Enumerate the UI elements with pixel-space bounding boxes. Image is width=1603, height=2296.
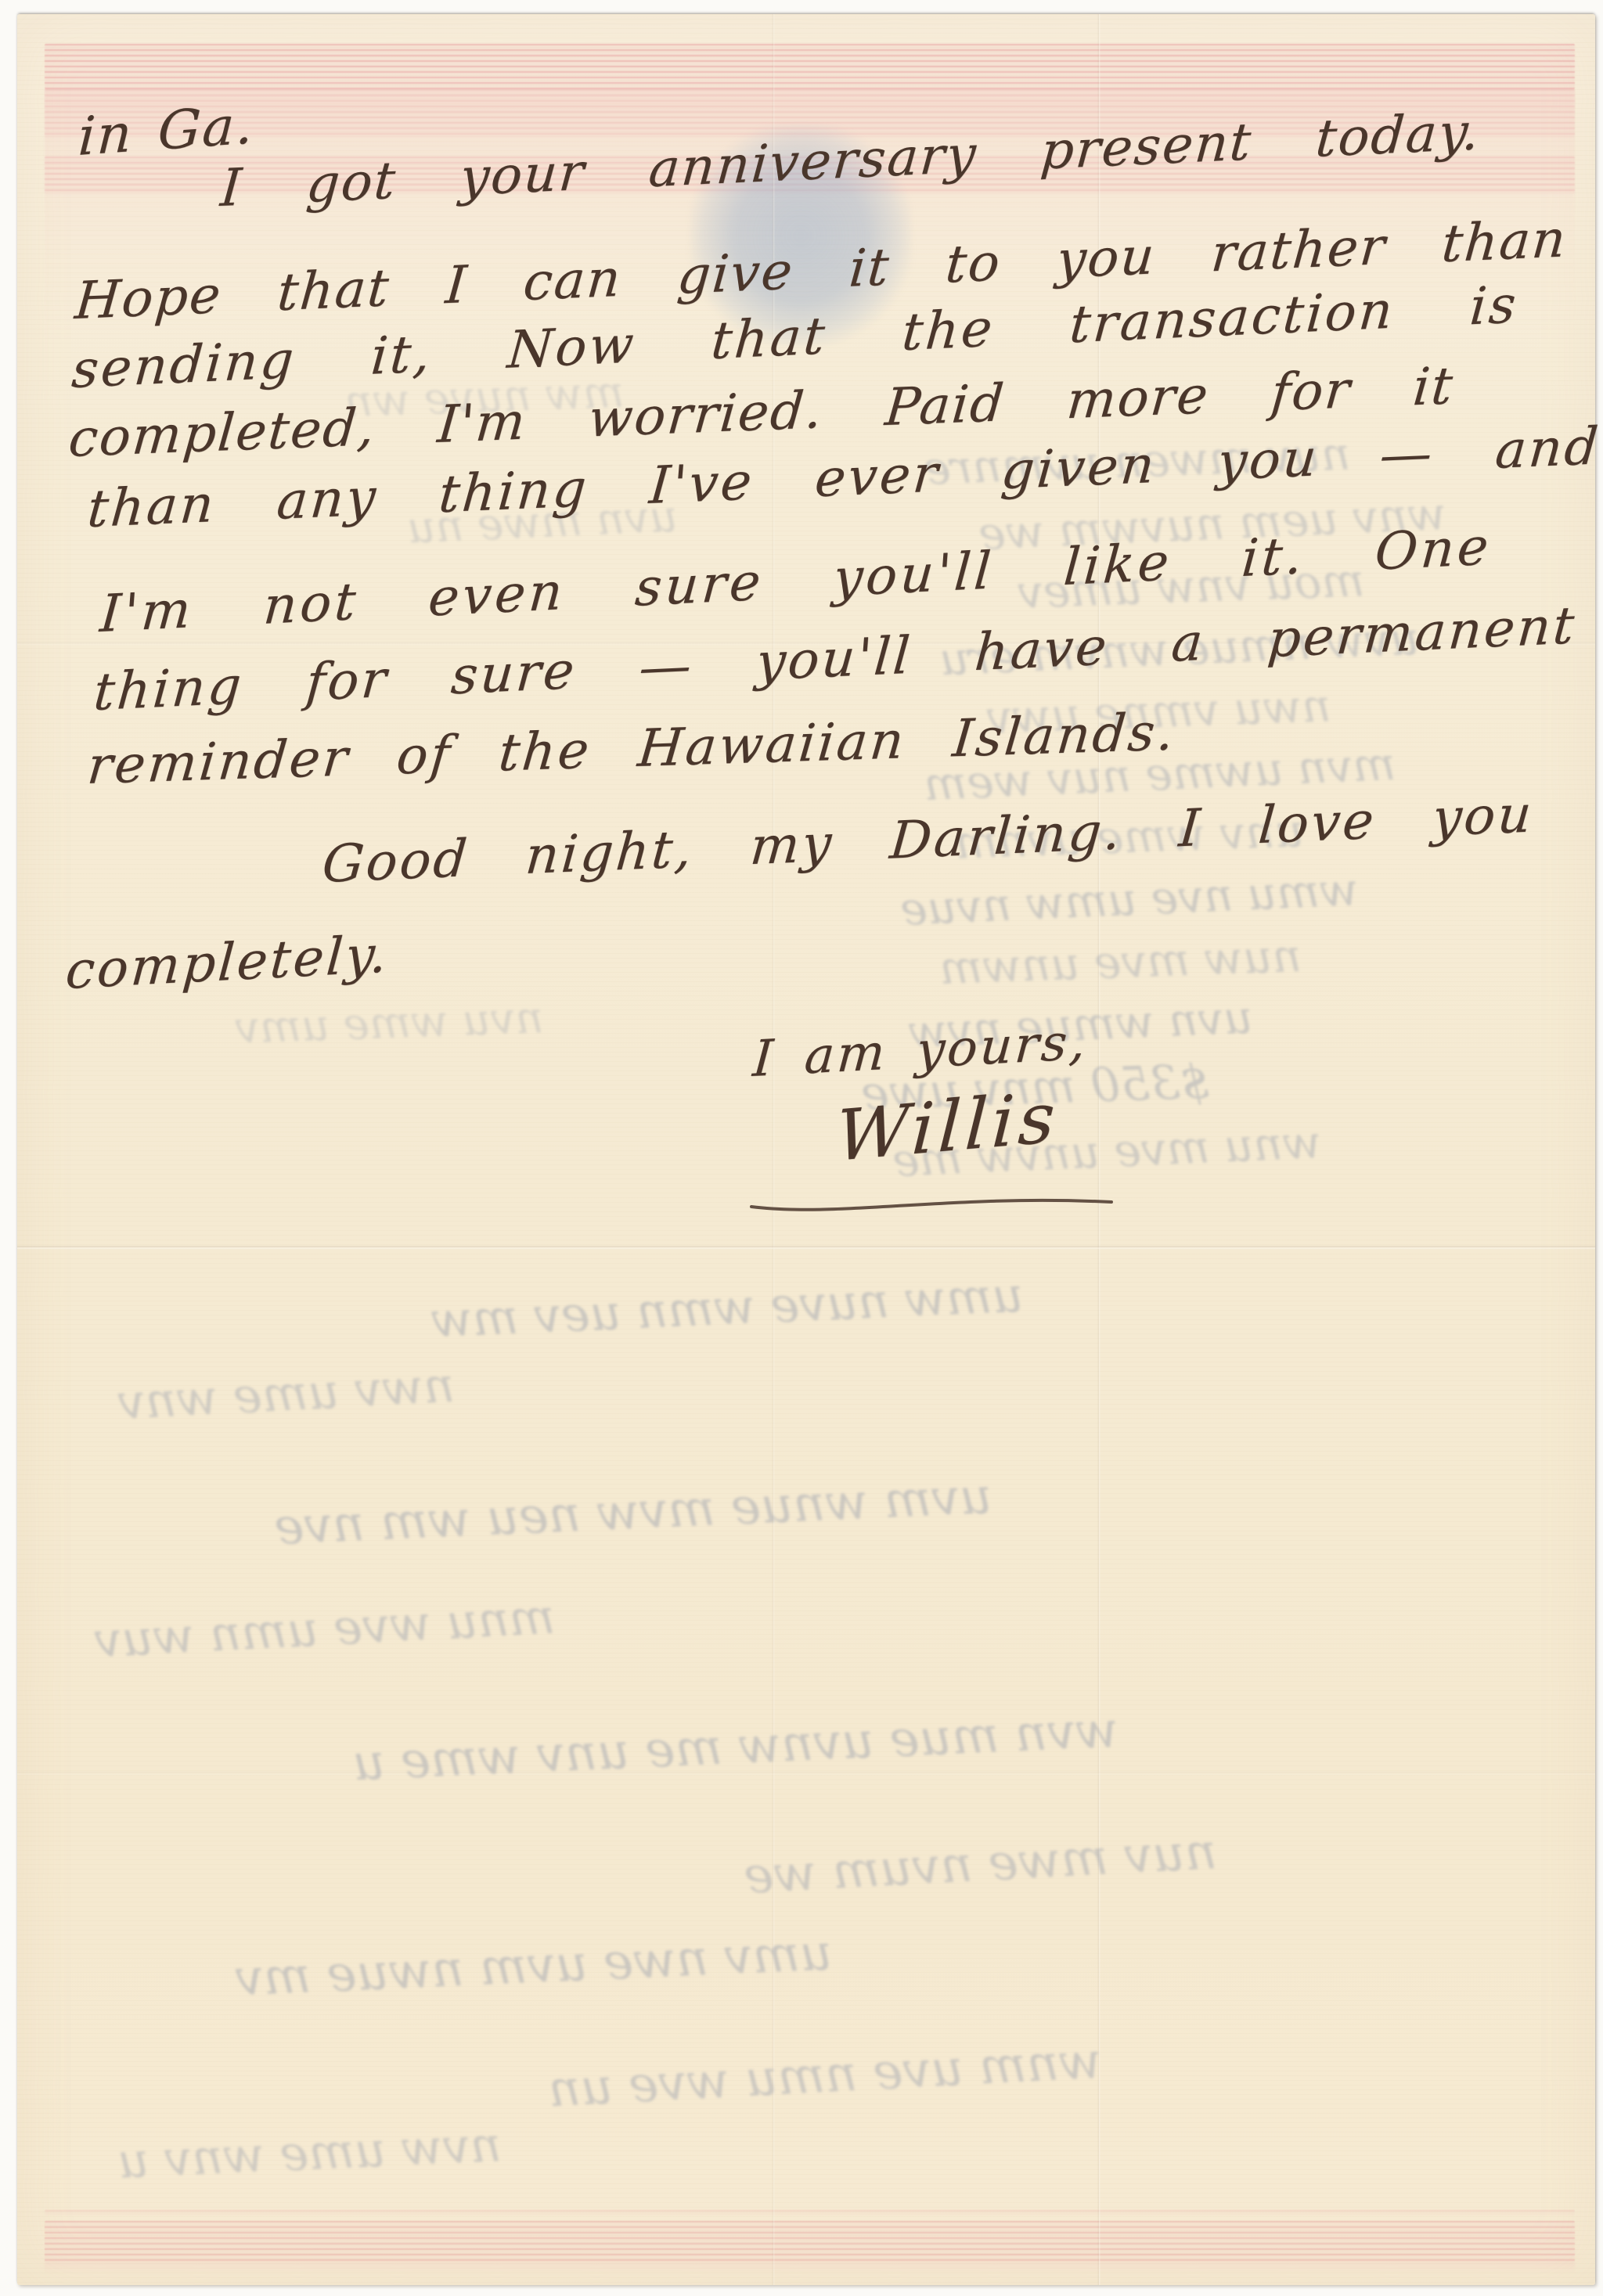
bleedthrough-line: nuv mwe nvum we <box>743 1826 1218 1902</box>
bleedthrough-line: wnm uve nmu wve un <box>547 2036 1103 2115</box>
letter-line: in Ga. <box>77 99 256 164</box>
bleedthrough-line: nwv ume wnv <box>117 1361 456 1427</box>
bleedthrough-line: umw nuve wmn uev mw <box>430 1271 1024 1345</box>
letterhead-band-top <box>45 44 1575 89</box>
letter-line: completely. <box>64 929 391 997</box>
fold-crease-horizontal-middle <box>17 1246 1595 1250</box>
letterhead-line-bottom <box>45 2210 1575 2215</box>
bleedthrough-line: mnu wve umn wuv <box>93 1592 557 1665</box>
bleedthrough-line: nvw ume wnv u <box>117 2120 503 2185</box>
bleedthrough-line: uvm wnue mvw neu wm nve <box>273 1471 992 1553</box>
bleedthrough-line: wmu nve umw nvue <box>899 866 1360 931</box>
bleedthrough-line: wvn mue uvnw me unv wme u <box>351 1705 1119 1789</box>
bleedthrough-line: nvu wme umv <box>234 996 544 1051</box>
letter-page: nuv mwen uvmnre wnv uem nuvwm we mou vnw… <box>17 14 1595 2285</box>
bleedthrough-line: umv nwe uvm nwue mv <box>234 1927 833 2003</box>
signature-underline-flourish <box>745 1185 1121 1221</box>
bleedthrough-line: nuw mve unwm <box>938 933 1302 991</box>
signature: Willis <box>834 1083 1061 1172</box>
letterhead-band-bottom <box>45 2221 1575 2262</box>
letterhead-band-bottom-fade <box>45 2262 1575 2274</box>
